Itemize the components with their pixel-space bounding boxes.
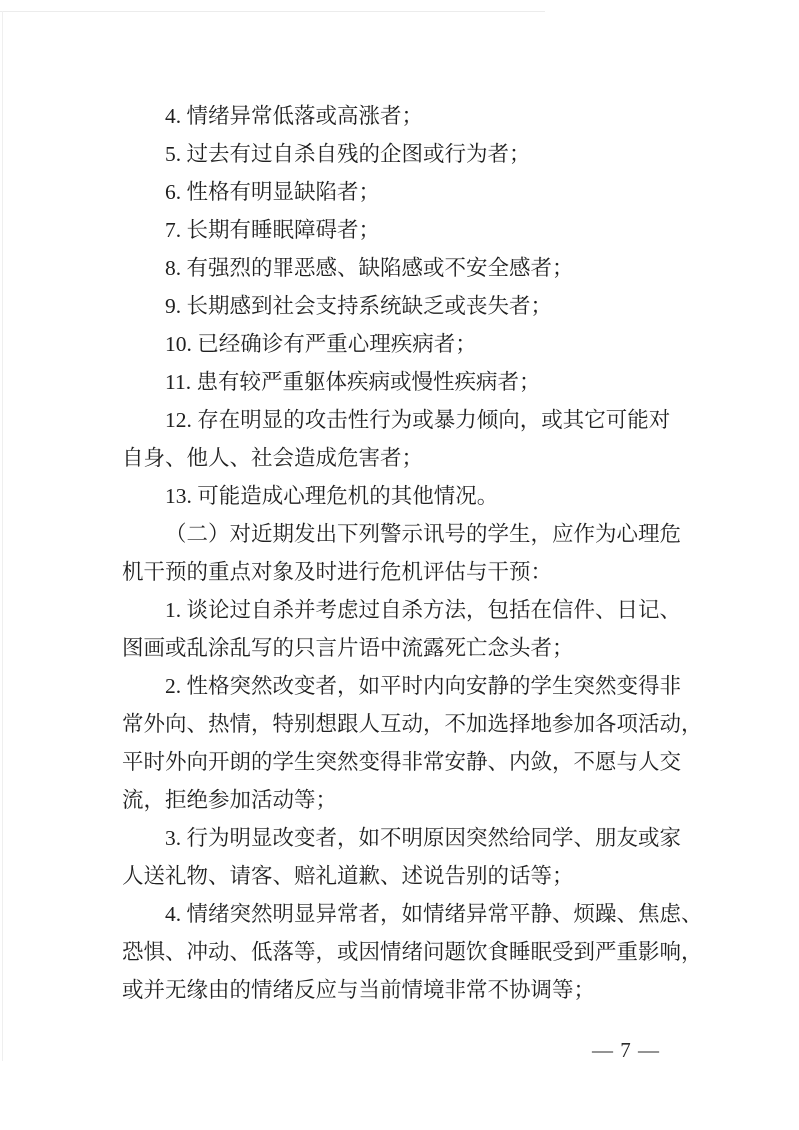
page-number: — 7 — [592,1031,660,1069]
list-item-8: 8. 有强烈的罪恶感、缺陷感或不安全感者； [122,249,682,287]
text-line: 3. 行为明显改变者，如不明原因突然给同学、朋友或家 [122,819,682,857]
section-2-intro: （二）对近期发出下列警示讯号的学生，应作为心理危 机干预的重点对象及时进行危机评… [122,515,682,591]
text-line: 6. 性格有明显缺陷者； [122,173,682,211]
document-page: 4. 情绪异常低落或高涨者； 5. 过去有过自杀自残的企图或行为者； 6. 性格… [0,0,799,1130]
text-line: 9. 长期感到社会支持系统缺乏或丧失者； [122,287,682,325]
warning-item-1: 1. 谈论过自杀并考虑过自杀方法，包括在信件、日记、 图画或乱涂乱写的只言片语中… [122,591,682,667]
text-line: 常外向、热情，特别想跟人互动，不加选择地参加各项活动， [122,705,682,743]
list-item-12: 12. 存在明显的攻击性行为或暴力倾向，或其它可能对 自身、他人、社会造成危害者… [122,401,682,477]
document-body: 4. 情绪异常低落或高涨者； 5. 过去有过自杀自残的企图或行为者； 6. 性格… [122,97,682,1009]
text-line: 自身、他人、社会造成危害者； [122,439,682,477]
list-item-13: 13. 可能造成心理危机的其他情况。 [122,477,682,515]
text-line: 恐惧、冲动、低落等，或因情绪问题饮食睡眠受到严重影响， [122,933,682,971]
text-line: 12. 存在明显的攻击性行为或暴力倾向，或其它可能对 [122,401,682,439]
text-line: 2. 性格突然改变者，如平时内向安静的学生突然变得非 [122,667,682,705]
text-line: 8. 有强烈的罪恶感、缺陷感或不安全感者； [122,249,682,287]
text-line: 图画或乱涂乱写的只言片语中流露死亡念头者； [122,629,682,667]
list-item-9: 9. 长期感到社会支持系统缺乏或丧失者； [122,287,682,325]
list-item-4: 4. 情绪异常低落或高涨者； [122,97,682,135]
scan-edge-top-line [0,11,545,12]
text-line: 5. 过去有过自杀自残的企图或行为者； [122,135,682,173]
scan-edge-left-line [2,11,3,1061]
text-line: 10. 已经确诊有严重心理疾病者； [122,325,682,363]
text-line: 4. 情绪突然明显异常者，如情绪异常平静、烦躁、焦虑、 [122,895,682,933]
list-item-6: 6. 性格有明显缺陷者； [122,173,682,211]
list-item-10: 10. 已经确诊有严重心理疾病者； [122,325,682,363]
text-line: 13. 可能造成心理危机的其他情况。 [122,477,682,515]
text-line: 平时外向开朗的学生突然变得非常安静、内敛，不愿与人交 [122,743,682,781]
text-line: 流，拒绝参加活动等； [122,781,682,819]
text-line: （二）对近期发出下列警示讯号的学生，应作为心理危 [122,515,682,553]
list-item-11: 11. 患有较严重躯体疾病或慢性疾病者； [122,363,682,401]
text-line: 4. 情绪异常低落或高涨者； [122,97,682,135]
text-line: 7. 长期有睡眠障碍者； [122,211,682,249]
list-item-7: 7. 长期有睡眠障碍者； [122,211,682,249]
list-item-5: 5. 过去有过自杀自残的企图或行为者； [122,135,682,173]
warning-item-2: 2. 性格突然改变者，如平时内向安静的学生突然变得非 常外向、热情，特别想跟人互… [122,667,682,819]
warning-item-4: 4. 情绪突然明显异常者，如情绪异常平静、烦躁、焦虑、 恐惧、冲动、低落等，或因… [122,895,682,1009]
text-line: 机干预的重点对象及时进行危机评估与干预： [122,553,682,591]
warning-item-3: 3. 行为明显改变者，如不明原因突然给同学、朋友或家 人送礼物、请客、赔礼道歉、… [122,819,682,895]
text-line: 或并无缘由的情绪反应与当前情境非常不协调等； [122,971,682,1009]
text-line: 1. 谈论过自杀并考虑过自杀方法，包括在信件、日记、 [122,591,682,629]
text-line: 人送礼物、请客、赔礼道歉、述说告别的话等； [122,857,682,895]
text-line: 11. 患有较严重躯体疾病或慢性疾病者； [122,363,682,401]
